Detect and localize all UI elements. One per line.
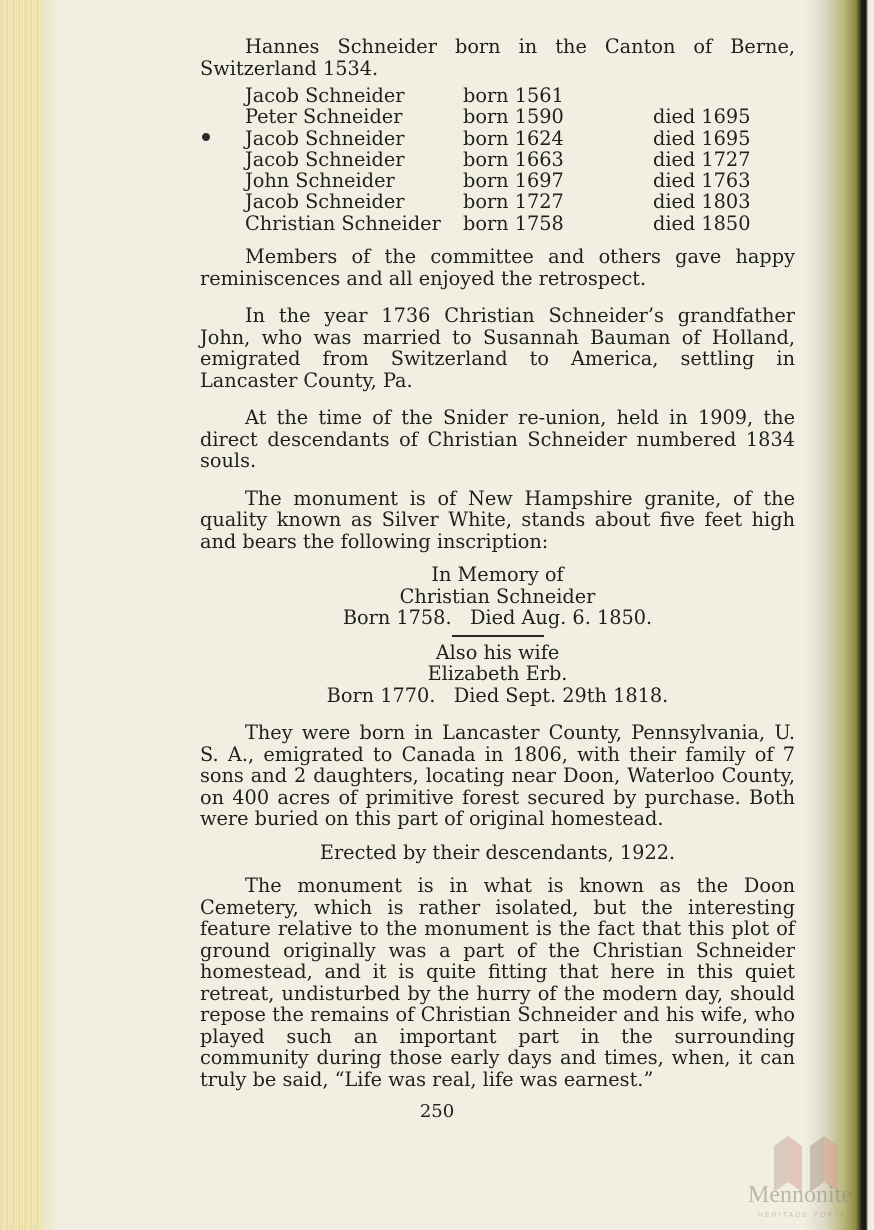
inscription-line: Christian Schneider: [200, 586, 795, 608]
watermark-title: Mennonite: [748, 1182, 852, 1209]
lineage-name: Jacob Schneider: [245, 149, 463, 170]
paragraph-closing: The monument is in what is known as the …: [200, 875, 795, 1090]
inscription-line: Born 1758. Died Aug. 6. 1850.: [200, 607, 795, 629]
watermark-subtitle: HERITAGE PORTAL: [758, 1212, 853, 1219]
lineage-died: died 1695: [653, 106, 793, 127]
lineage-name: John Schneider: [245, 170, 463, 191]
inscription-line: Elizabeth Erb.: [200, 663, 795, 685]
inscription-line: Also his wife: [200, 642, 795, 664]
lineage-table: Jacob Schneider born 1561 Peter Schneide…: [245, 85, 795, 234]
inscription-erected: Erected by their descendants, 1922.: [200, 842, 795, 864]
paragraph-monument: The monument is of New Hampshire granite…: [200, 488, 795, 553]
page-number: 250: [0, 1101, 874, 1122]
lineage-born: born 1663: [463, 149, 653, 170]
inscription-line: In Memory of: [200, 564, 795, 586]
lineage-name: Jacob Schneider: [245, 85, 463, 106]
lineage-born: born 1624: [463, 128, 653, 149]
page-edges: [0, 0, 42, 1230]
lineage-row: Jacob Schneider born 1663 died 1727: [245, 149, 795, 170]
inscription-divider: [452, 635, 544, 637]
lineage-row: Peter Schneider born 1590 died 1695: [245, 106, 795, 127]
lineage-name: Peter Schneider: [245, 106, 463, 127]
lineage-born: born 1590: [463, 106, 653, 127]
inscription-line: Born 1770. Died Sept. 29th 1818.: [200, 685, 795, 707]
paragraph-committee: Members of the committee and others gave…: [200, 246, 795, 289]
lineage-row: John Schneider born 1697 died 1763: [245, 170, 795, 191]
lineage-born: born 1561: [463, 85, 653, 106]
page-edge-fade: [42, 0, 60, 1230]
page-body: Hannes Schneider born in the Canton of B…: [200, 36, 795, 1090]
lineage-row: Jacob Schneider born 1727 died 1803: [245, 191, 795, 212]
paragraph-emigration: In the year 1736 Christian Schneider’s g…: [200, 305, 795, 391]
lineage-died: died 1850: [653, 213, 793, 234]
lineage-name: Jacob Schneider: [245, 128, 463, 149]
lineage-born: born 1697: [463, 170, 653, 191]
lineage-died: died 1727: [653, 149, 793, 170]
lineage-row: Jacob Schneider born 1624 died 1695: [245, 128, 795, 149]
lineage-name: Jacob Schneider: [245, 191, 463, 212]
lineage-born: born 1727: [463, 191, 653, 212]
book-gutter: [804, 0, 874, 1230]
lineage-died: died 1695: [653, 128, 793, 149]
lineage-row: Christian Schneider born 1758 died 1850: [245, 213, 795, 234]
lineage-born: born 1758: [463, 213, 653, 234]
lineage-row: Jacob Schneider born 1561: [245, 85, 795, 106]
inscription-body: They were born in Lancaster County, Penn…: [200, 722, 795, 830]
lineage-died: died 1803: [653, 191, 793, 212]
watermark: Mennonite HERITAGE PORTAL: [748, 1130, 874, 1230]
lineage-name: Christian Schneider: [245, 213, 463, 234]
intro-paragraph: Hannes Schneider born in the Canton of B…: [200, 36, 795, 79]
lineage-died: [653, 85, 793, 106]
paragraph-reunion: At the time of the Snider re-union, held…: [200, 407, 795, 472]
lineage-died: died 1763: [653, 170, 793, 191]
